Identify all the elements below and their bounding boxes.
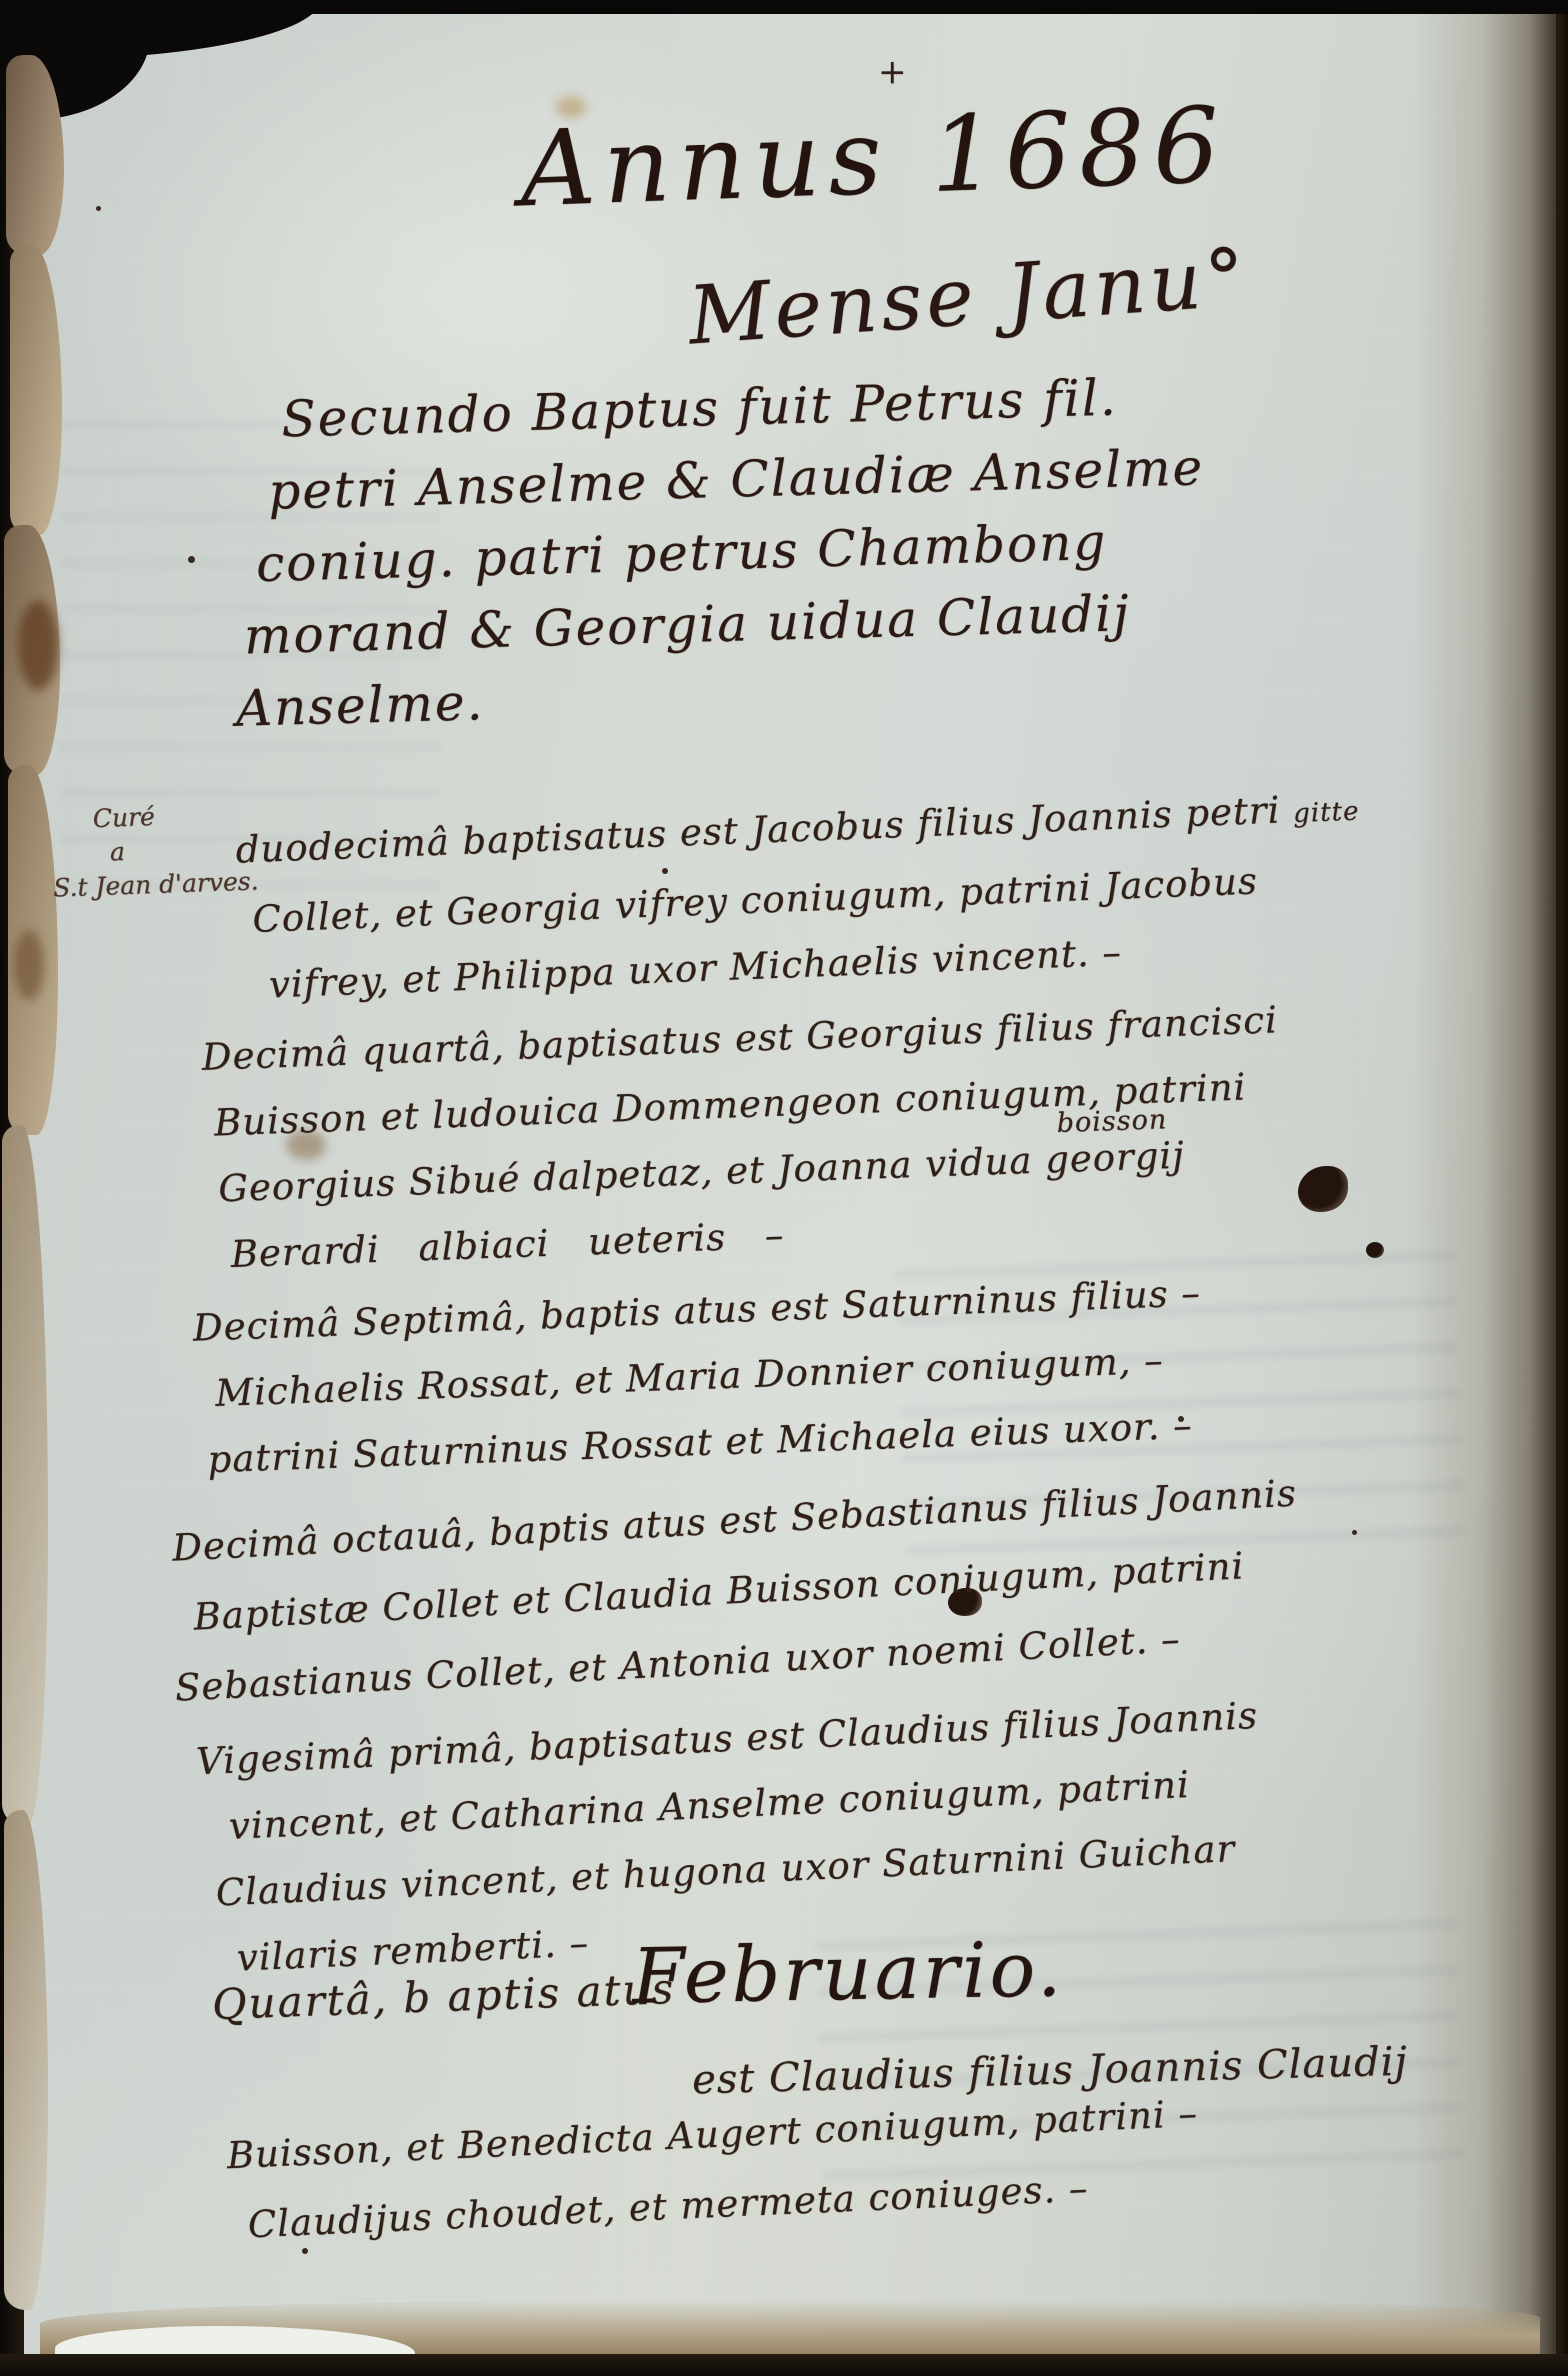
margin-note-line: Curé bbox=[92, 796, 256, 836]
cross-mark: + bbox=[878, 52, 907, 92]
ink-speck bbox=[1352, 1530, 1357, 1535]
baptism-entry: Decimâ Septimâ, baptis atus est Saturnin… bbox=[192, 1260, 1207, 1493]
ink-speck bbox=[188, 556, 195, 563]
margin-note-line: S.t Jean d'arves. bbox=[53, 864, 259, 905]
baptism-entry: boisson Decimâ quartâ, baptisatus est Ge… bbox=[201, 987, 1286, 1288]
margin-note: Curé a S.t Jean d'arves. bbox=[50, 796, 259, 905]
frame-bottom bbox=[0, 2354, 1568, 2376]
margin-squeezed-word: gitte bbox=[1293, 796, 1360, 829]
baptism-entry: Secundo Baptus fuit Petrus fil. petri An… bbox=[227, 359, 1210, 744]
interlinear-word: boisson bbox=[1056, 1087, 1169, 1157]
february-heading: Februario. bbox=[631, 1924, 1065, 2021]
ink-speck bbox=[96, 206, 101, 211]
ink-blot bbox=[1366, 1242, 1384, 1258]
page-title: Annus 1686 bbox=[518, 84, 1229, 231]
baptism-entry: duodecimâ baptisatus est Jacobus filius … bbox=[235, 774, 1366, 1019]
binding-stain bbox=[14, 930, 44, 1000]
binding-stain bbox=[18, 600, 58, 690]
manuscript-photo: + Annus 1686 Mense Janu° Secundo Baptus … bbox=[0, 0, 1568, 2376]
frame-top bbox=[0, 0, 1568, 14]
page-curve-shadow bbox=[1412, 0, 1568, 2376]
